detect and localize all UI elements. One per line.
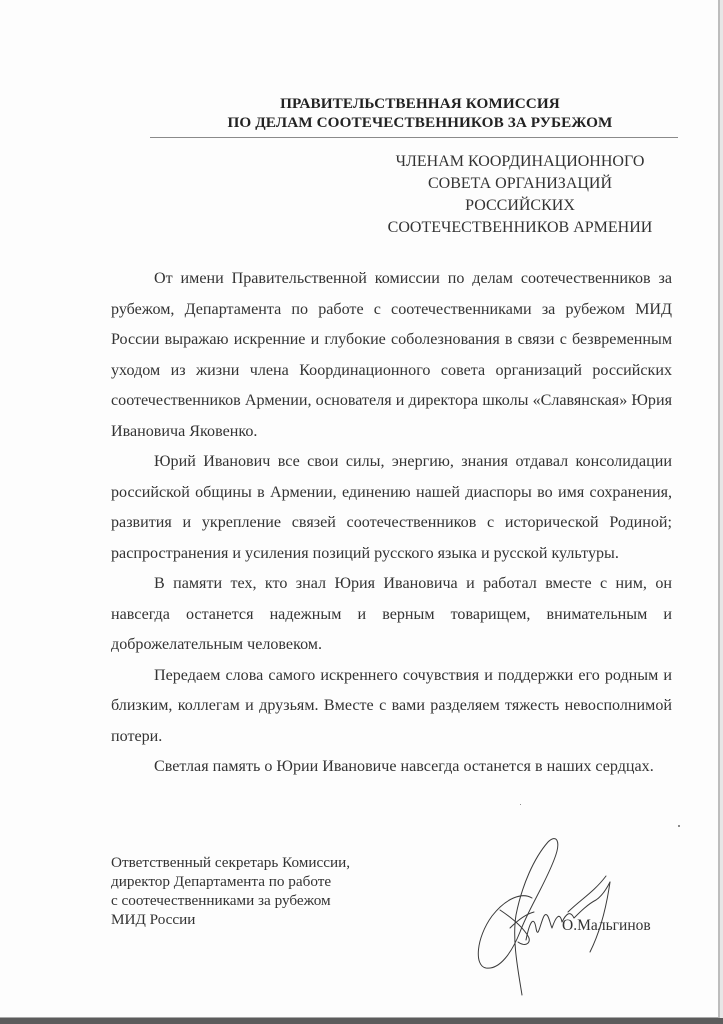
addressee-line-3: РОССИЙСКИХ <box>360 195 680 217</box>
addressee-line-1: ЧЛЕНАМ КООРДИНАЦИОННОГО <box>360 151 680 173</box>
scan-speck <box>678 825 680 827</box>
handwritten-signature-icon <box>470 820 670 1010</box>
paragraph-memory: В памяти тех, кто знал Юрия Ивановича и … <box>111 569 672 661</box>
organization-header-line-2: ПО ДЕЛАМ СООТЕЧЕСТВЕННИКОВ ЗА РУБЕЖОМ <box>150 113 690 132</box>
signatory-title-line-4: МИД России <box>111 910 350 929</box>
signatory-title-line-3: с соотечественниками за рубежом <box>111 891 350 910</box>
organization-header-line-1: ПРАВИТЕЛЬСТВЕННАЯ КОМИССИЯ <box>150 94 690 113</box>
paragraph-condolences: От имени Правительственной комиссии по д… <box>111 264 672 447</box>
letter-body: От имени Правительственной комиссии по д… <box>111 264 672 783</box>
scan-speck <box>520 804 521 805</box>
scan-edge-bottom <box>0 1018 723 1024</box>
paragraph-closing: Светлая память о Юрии Ивановиче навсегда… <box>111 752 672 783</box>
addressee-block: ЧЛЕНАМ КООРДИНАЦИОННОГО СОВЕТА ОРГАНИЗАЦ… <box>360 151 680 239</box>
header-divider <box>150 137 678 138</box>
signatory-title: Ответственный секретарь Комиссии, директ… <box>111 853 350 929</box>
paragraph-sympathy: Передаем слова самого искреннего сочувст… <box>111 661 672 753</box>
addressee-line-2: СОВЕТА ОРГАНИЗАЦИЙ <box>360 173 680 195</box>
signer-name: О.Мальгинов <box>562 917 651 935</box>
document-page: ПРАВИТЕЛЬСТВЕННАЯ КОМИССИЯ ПО ДЕЛАМ СООТ… <box>0 0 720 1019</box>
signatory-title-line-1: Ответственный секретарь Комиссии, <box>111 853 350 872</box>
signatory-title-line-2: директор Департамента по работе <box>111 872 350 891</box>
paragraph-contribution: Юрий Иванович все свои силы, энергию, зн… <box>111 447 672 569</box>
addressee-line-4: СООТЕЧЕСТВЕННИКОВ АРМЕНИИ <box>360 217 680 239</box>
organization-header: ПРАВИТЕЛЬСТВЕННАЯ КОМИССИЯ ПО ДЕЛАМ СООТ… <box>150 94 690 132</box>
